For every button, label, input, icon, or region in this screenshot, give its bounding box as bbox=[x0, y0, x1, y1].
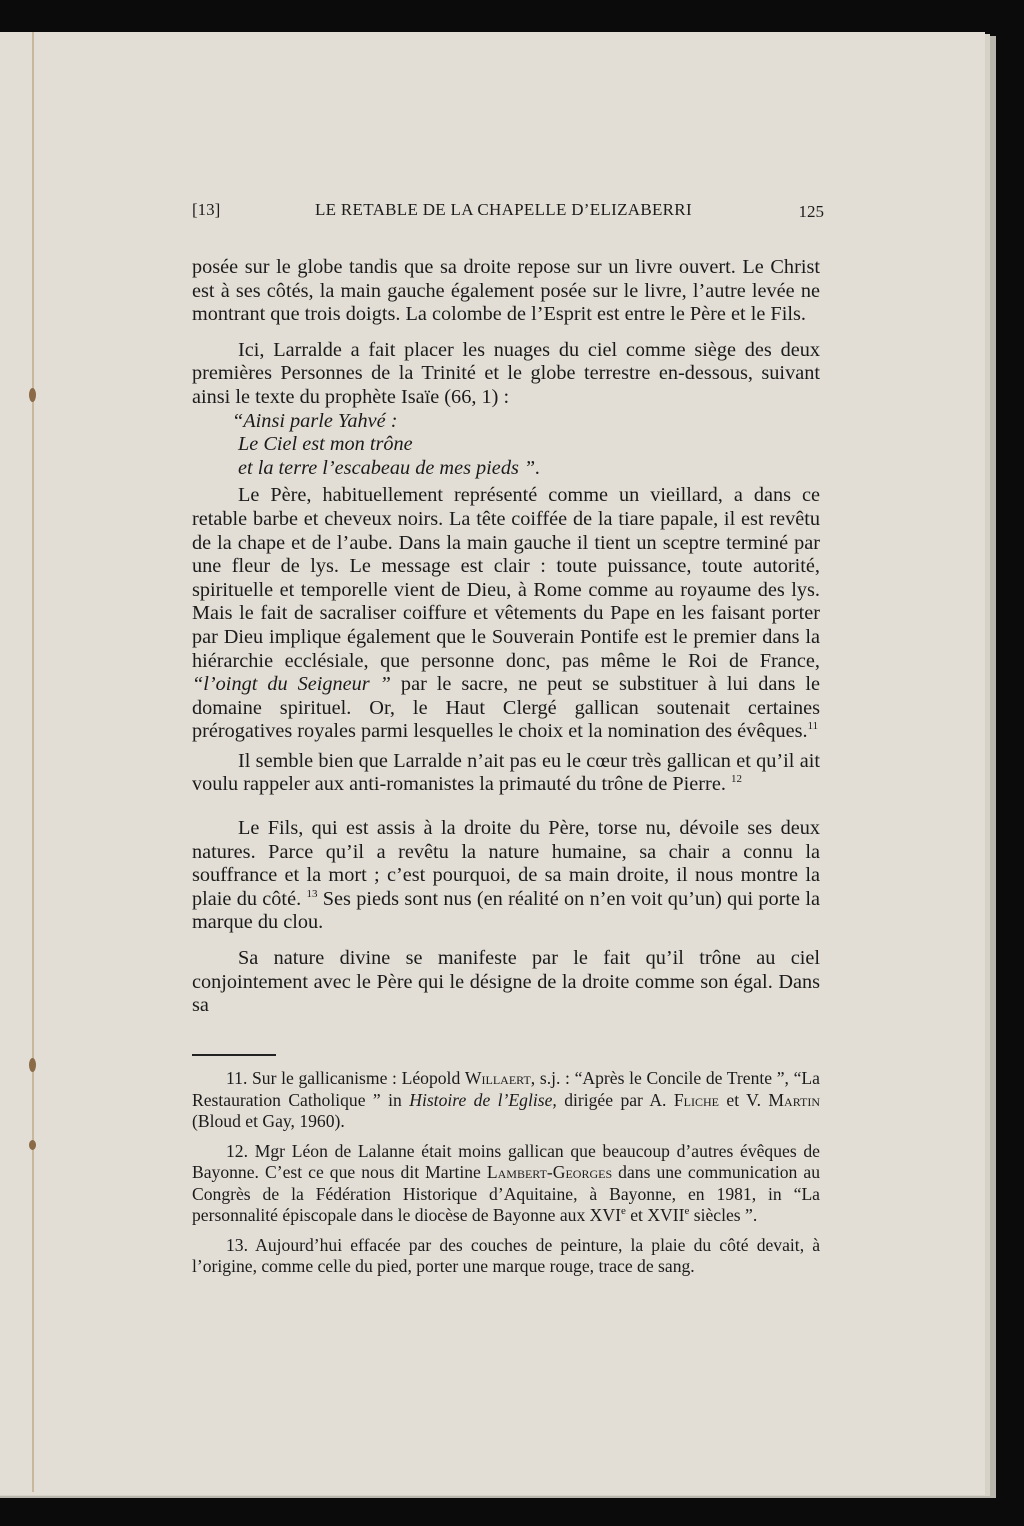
paragraph: Le Père, habituellement représenté comme… bbox=[192, 484, 820, 744]
footnote-text: siècles ”. bbox=[689, 1205, 757, 1225]
footnote-12: 12. Mgr Léon de Lalanne était moins gall… bbox=[192, 1141, 820, 1227]
running-title: LE RETABLE DE LA CHAPELLE D’ELIZABERRI bbox=[315, 200, 692, 220]
footnote-13: 13. Aujourd’hui effacée par des couches … bbox=[192, 1235, 820, 1278]
paragraph-text: Le Père, habituellement représenté comme… bbox=[192, 484, 820, 671]
footnote-text: Aujourd’hui effacée par des couches de p… bbox=[192, 1235, 820, 1277]
author-name: Lambert-Georges bbox=[487, 1162, 612, 1182]
footnote-text: Sur le gallicanisme : Léopold bbox=[247, 1068, 465, 1088]
footnotes: 11. Sur le gallicanisme : Léopold Willae… bbox=[192, 1068, 820, 1286]
footnote-text: dirigée par A. bbox=[557, 1090, 674, 1110]
footnote-text: (Bloud et Gay, 1960). bbox=[192, 1111, 345, 1131]
quote-line: “Ainsi parle Yahvé : bbox=[232, 410, 820, 434]
italic-phrase: “l’oingt du Seigneur ” bbox=[192, 673, 391, 695]
page-number: 125 bbox=[799, 202, 825, 222]
footnote-number: 12. bbox=[226, 1141, 248, 1161]
footnote-11: 11. Sur le gallicanisme : Léopold Willae… bbox=[192, 1068, 820, 1133]
paragraph: posée sur le globe tandis que sa droite … bbox=[192, 256, 820, 327]
binding-mark bbox=[29, 1140, 36, 1150]
book-spine-gutter bbox=[32, 32, 34, 1492]
paragraph-text: Il semble bien que Larralde n’ait pas eu… bbox=[192, 750, 820, 796]
paragraph: Il semble bien que Larralde n’ait pas eu… bbox=[192, 750, 820, 797]
footnote-separator bbox=[192, 1054, 276, 1056]
author-name: Willaert bbox=[465, 1068, 531, 1088]
body-text: posée sur le globe tandis que sa droite … bbox=[192, 256, 820, 1018]
paragraph: Le Fils, qui est assis à la droite du Pè… bbox=[192, 817, 820, 935]
book-title: Histoire de l’Eglise, bbox=[409, 1090, 557, 1110]
footnote-text: et V. bbox=[719, 1090, 768, 1110]
footnote-number: 13. bbox=[226, 1235, 248, 1255]
running-head: [13] LE RETABLE DE LA CHAPELLE D’ELIZABE… bbox=[192, 200, 822, 224]
chapter-reference: [13] bbox=[192, 200, 220, 220]
footnote-number: 11. bbox=[226, 1068, 247, 1088]
footnote-text: et XVII bbox=[626, 1205, 685, 1225]
binding-mark bbox=[29, 388, 36, 402]
quote-line: et la terre l’escabeau de mes pieds ”. bbox=[232, 457, 820, 481]
binding-mark bbox=[29, 1058, 36, 1072]
author-name: Fliche bbox=[674, 1090, 719, 1110]
quote-line: Le Ciel est mon trône bbox=[232, 433, 820, 457]
paragraph: Sa nature divine se manifeste par le fai… bbox=[192, 947, 820, 1018]
block-quote: “Ainsi parle Yahvé : Le Ciel est mon trô… bbox=[192, 410, 820, 481]
footnote-ref[interactable]: 13 bbox=[306, 888, 317, 900]
paragraph: Ici, Larralde a fait placer les nuages d… bbox=[192, 339, 820, 410]
author-name: Martin bbox=[768, 1090, 820, 1110]
footnote-ref[interactable]: 11 bbox=[808, 721, 819, 733]
footnote-ref[interactable]: 12 bbox=[731, 774, 742, 786]
